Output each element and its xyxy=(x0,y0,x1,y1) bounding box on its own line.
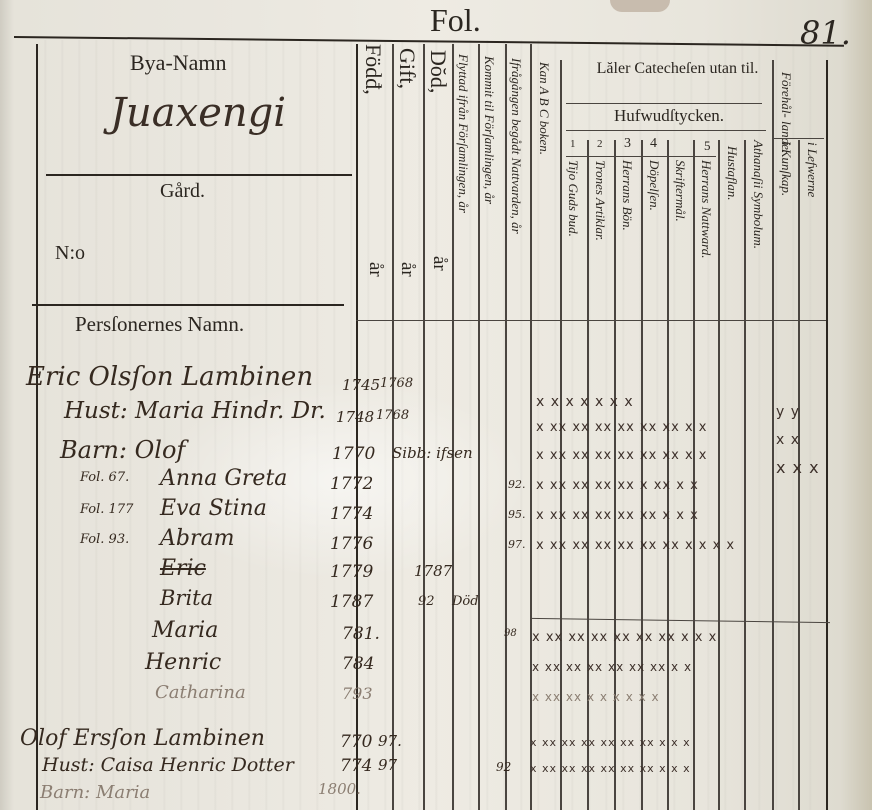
knowledge-marks: x xx xx xx xx xx xx x x x x xyxy=(536,538,735,553)
hufwud-num-2: 2 xyxy=(597,138,603,150)
hufwud-num-4: 4 xyxy=(650,136,657,152)
folio-label: Fol. xyxy=(430,2,481,39)
entry-name: Maria xyxy=(152,618,218,643)
col-rule xyxy=(423,44,425,810)
death-year: 1787 xyxy=(414,562,452,580)
entry-name: Catharina xyxy=(155,682,246,703)
born-year: 770 xyxy=(340,732,372,752)
col-gift: Gift, xyxy=(394,48,420,89)
hufwud-num-3: 3 xyxy=(624,136,631,152)
knowledge-marks: x x x x x x x xyxy=(536,394,634,410)
born-year: 793 xyxy=(342,684,373,703)
entry-name: Brita xyxy=(160,586,213,610)
entry-name: Anna Greta xyxy=(160,466,287,491)
born-year: 1772 xyxy=(330,474,373,494)
col-herrans-nattward: Herrans Nattward. xyxy=(698,160,714,258)
born-year: 1770 xyxy=(332,444,375,464)
gift-year-unit: år xyxy=(396,262,418,277)
col-rule xyxy=(392,44,394,810)
right-border xyxy=(826,60,828,810)
number-label: N:o xyxy=(55,242,85,265)
knowledge-marks: x xx xx xx xx xx xx x x x xyxy=(530,736,691,749)
conduct-marks: x x xyxy=(776,432,800,448)
header-columns-rule xyxy=(356,320,826,321)
col-nattvard: Ifrågången begådt Nattvarden, år xyxy=(508,58,524,234)
born-year: 1800. xyxy=(318,780,361,798)
born-year: 781. xyxy=(342,624,380,644)
col-abc: Kan A B C boken. xyxy=(536,62,552,155)
col-flyttad: Flyttad ifrån Förſamlingen, år xyxy=(455,54,471,213)
born-year: 1745 xyxy=(342,376,380,394)
col-rule xyxy=(718,140,720,810)
entry-prefix: Fol. 67. xyxy=(80,470,129,485)
communion-year: 97. xyxy=(508,538,526,551)
communion-year: 98 xyxy=(504,628,517,639)
communion-year: 95. xyxy=(508,508,526,521)
col-rule xyxy=(667,140,669,810)
knowledge-marks: x xx xx xx xx xx xx x x xyxy=(532,660,692,674)
married-year: 1768 xyxy=(376,408,409,423)
col-lefwerne: i Lefwerne xyxy=(804,142,820,197)
knowledge-marks: x xx xx xx xx xx xx x x xyxy=(536,420,707,435)
hufwud-rule xyxy=(566,130,766,131)
entry-note: Död xyxy=(452,594,479,609)
col-rule xyxy=(744,140,746,810)
hufwud-num-5: 5 xyxy=(704,138,711,154)
entry-name: Henric xyxy=(145,650,221,675)
col-rule xyxy=(772,60,774,810)
col-tijo-guds-bud: Tijo Guds bud. xyxy=(565,160,581,237)
fodd-year-unit: år xyxy=(364,262,386,277)
col-forehal-group: Förehål- lande. xyxy=(778,72,794,142)
communion-year: 92. xyxy=(508,478,526,491)
death-year: 92 xyxy=(418,594,435,609)
entry-name: Hust: Caisa Henric Dotter xyxy=(42,754,294,776)
col-dod: Dŏd, xyxy=(425,50,451,93)
knowledge-marks: x xx xx xx xx x xx x x xyxy=(536,478,699,493)
village-rule xyxy=(46,174,352,176)
entry-name: Abram xyxy=(160,526,234,551)
hufwud-num-1: 1 xyxy=(570,138,576,150)
col-trones-artiklar: Trones Artiklar. xyxy=(592,160,608,241)
entry-name: Eva Stina xyxy=(160,496,267,521)
col-skriftermal: Skriftermål. xyxy=(672,160,688,222)
entry-note: Sibb: ifsen xyxy=(392,444,473,462)
entry-name: Olof Ersſon Lambinen xyxy=(20,726,265,751)
numbers-rule xyxy=(566,156,716,157)
married-year: 1768 xyxy=(380,376,413,391)
col-rule xyxy=(693,140,695,810)
conduct-marks: x x x xyxy=(776,458,820,477)
entry-prefix: Fol. 93. xyxy=(80,532,129,547)
col-athanasii: Athanaſii Symbolum. xyxy=(750,140,766,249)
register-page: Fol. 81. Bya-Namn Juaxengi Gård. N:o Per… xyxy=(0,0,872,810)
col-rule xyxy=(505,44,507,810)
col-kommit: Kommit til Förſamlingen, år xyxy=(481,56,497,204)
entry-name: Eric Olsſon Lambinen xyxy=(26,362,313,392)
section-rule xyxy=(530,618,830,623)
header-bottom-rule xyxy=(32,304,344,306)
col-kunskap: i Kunſkap. xyxy=(778,142,794,196)
dod-year-unit: år xyxy=(428,256,450,271)
knowledge-marks: x xx xx xx xx xx xx x x x xyxy=(532,630,717,645)
col-hustaflan: Hustaflan. xyxy=(724,146,740,201)
village-label: Bya-Namn xyxy=(130,50,227,76)
knowledge-marks: x xx xx xx xx xx xx x x xyxy=(536,448,707,463)
persons-label: Persſonernes Namn. xyxy=(75,312,244,337)
catechism-rule xyxy=(566,103,762,104)
entry-name-struck: Eric xyxy=(160,556,206,581)
born-year: 1776 xyxy=(330,534,373,554)
page-tab-shadow xyxy=(610,0,670,12)
forehal-rule xyxy=(774,138,824,139)
knowledge-marks: x xx xx x x x x x x xyxy=(532,690,660,704)
knowledge-marks: x xx xx xx xx xx x x x xyxy=(536,508,699,523)
col-fodd: Födđ, xyxy=(360,44,386,95)
born-year: 774 xyxy=(340,756,372,776)
col-rule xyxy=(478,44,480,810)
col-rule xyxy=(587,140,589,810)
entry-name: Barn: Olof xyxy=(60,436,185,464)
top-rule xyxy=(14,36,844,47)
knowledge-marks: x xx xx xx xx xx xx x x x xyxy=(530,762,691,775)
village-value: Juaxengi xyxy=(110,90,286,136)
conduct-marks: y y xyxy=(776,404,800,420)
catechism-group-label: Lăler Catecheſen utan til. xyxy=(585,60,770,78)
col-herrans-bon: Herrans Bön. xyxy=(619,160,635,231)
col-rule xyxy=(641,140,643,810)
born-year: 1748 xyxy=(336,408,374,426)
born-year: 1779 xyxy=(330,562,373,582)
col-rule xyxy=(452,44,454,810)
born-year: 784 xyxy=(342,654,374,674)
entry-name: Hust: Maria Hindr. Dr. xyxy=(64,398,326,424)
left-border xyxy=(36,44,38,810)
entry-name: Barn: Maria xyxy=(40,782,150,803)
born-year: 1774 xyxy=(330,504,373,524)
hufwud-group-label: Hufwudſtycken. xyxy=(614,106,724,126)
communion-year: 92 xyxy=(496,760,511,774)
col-rule xyxy=(614,140,616,810)
married-year: 97. xyxy=(378,732,402,750)
married-year: 97 xyxy=(378,756,397,774)
entry-prefix: Fol. 177 xyxy=(80,502,133,517)
born-year: 1787 xyxy=(330,592,373,612)
col-dopelsen: Döpelſen. xyxy=(646,160,662,211)
farm-label: Gård. xyxy=(160,180,205,203)
